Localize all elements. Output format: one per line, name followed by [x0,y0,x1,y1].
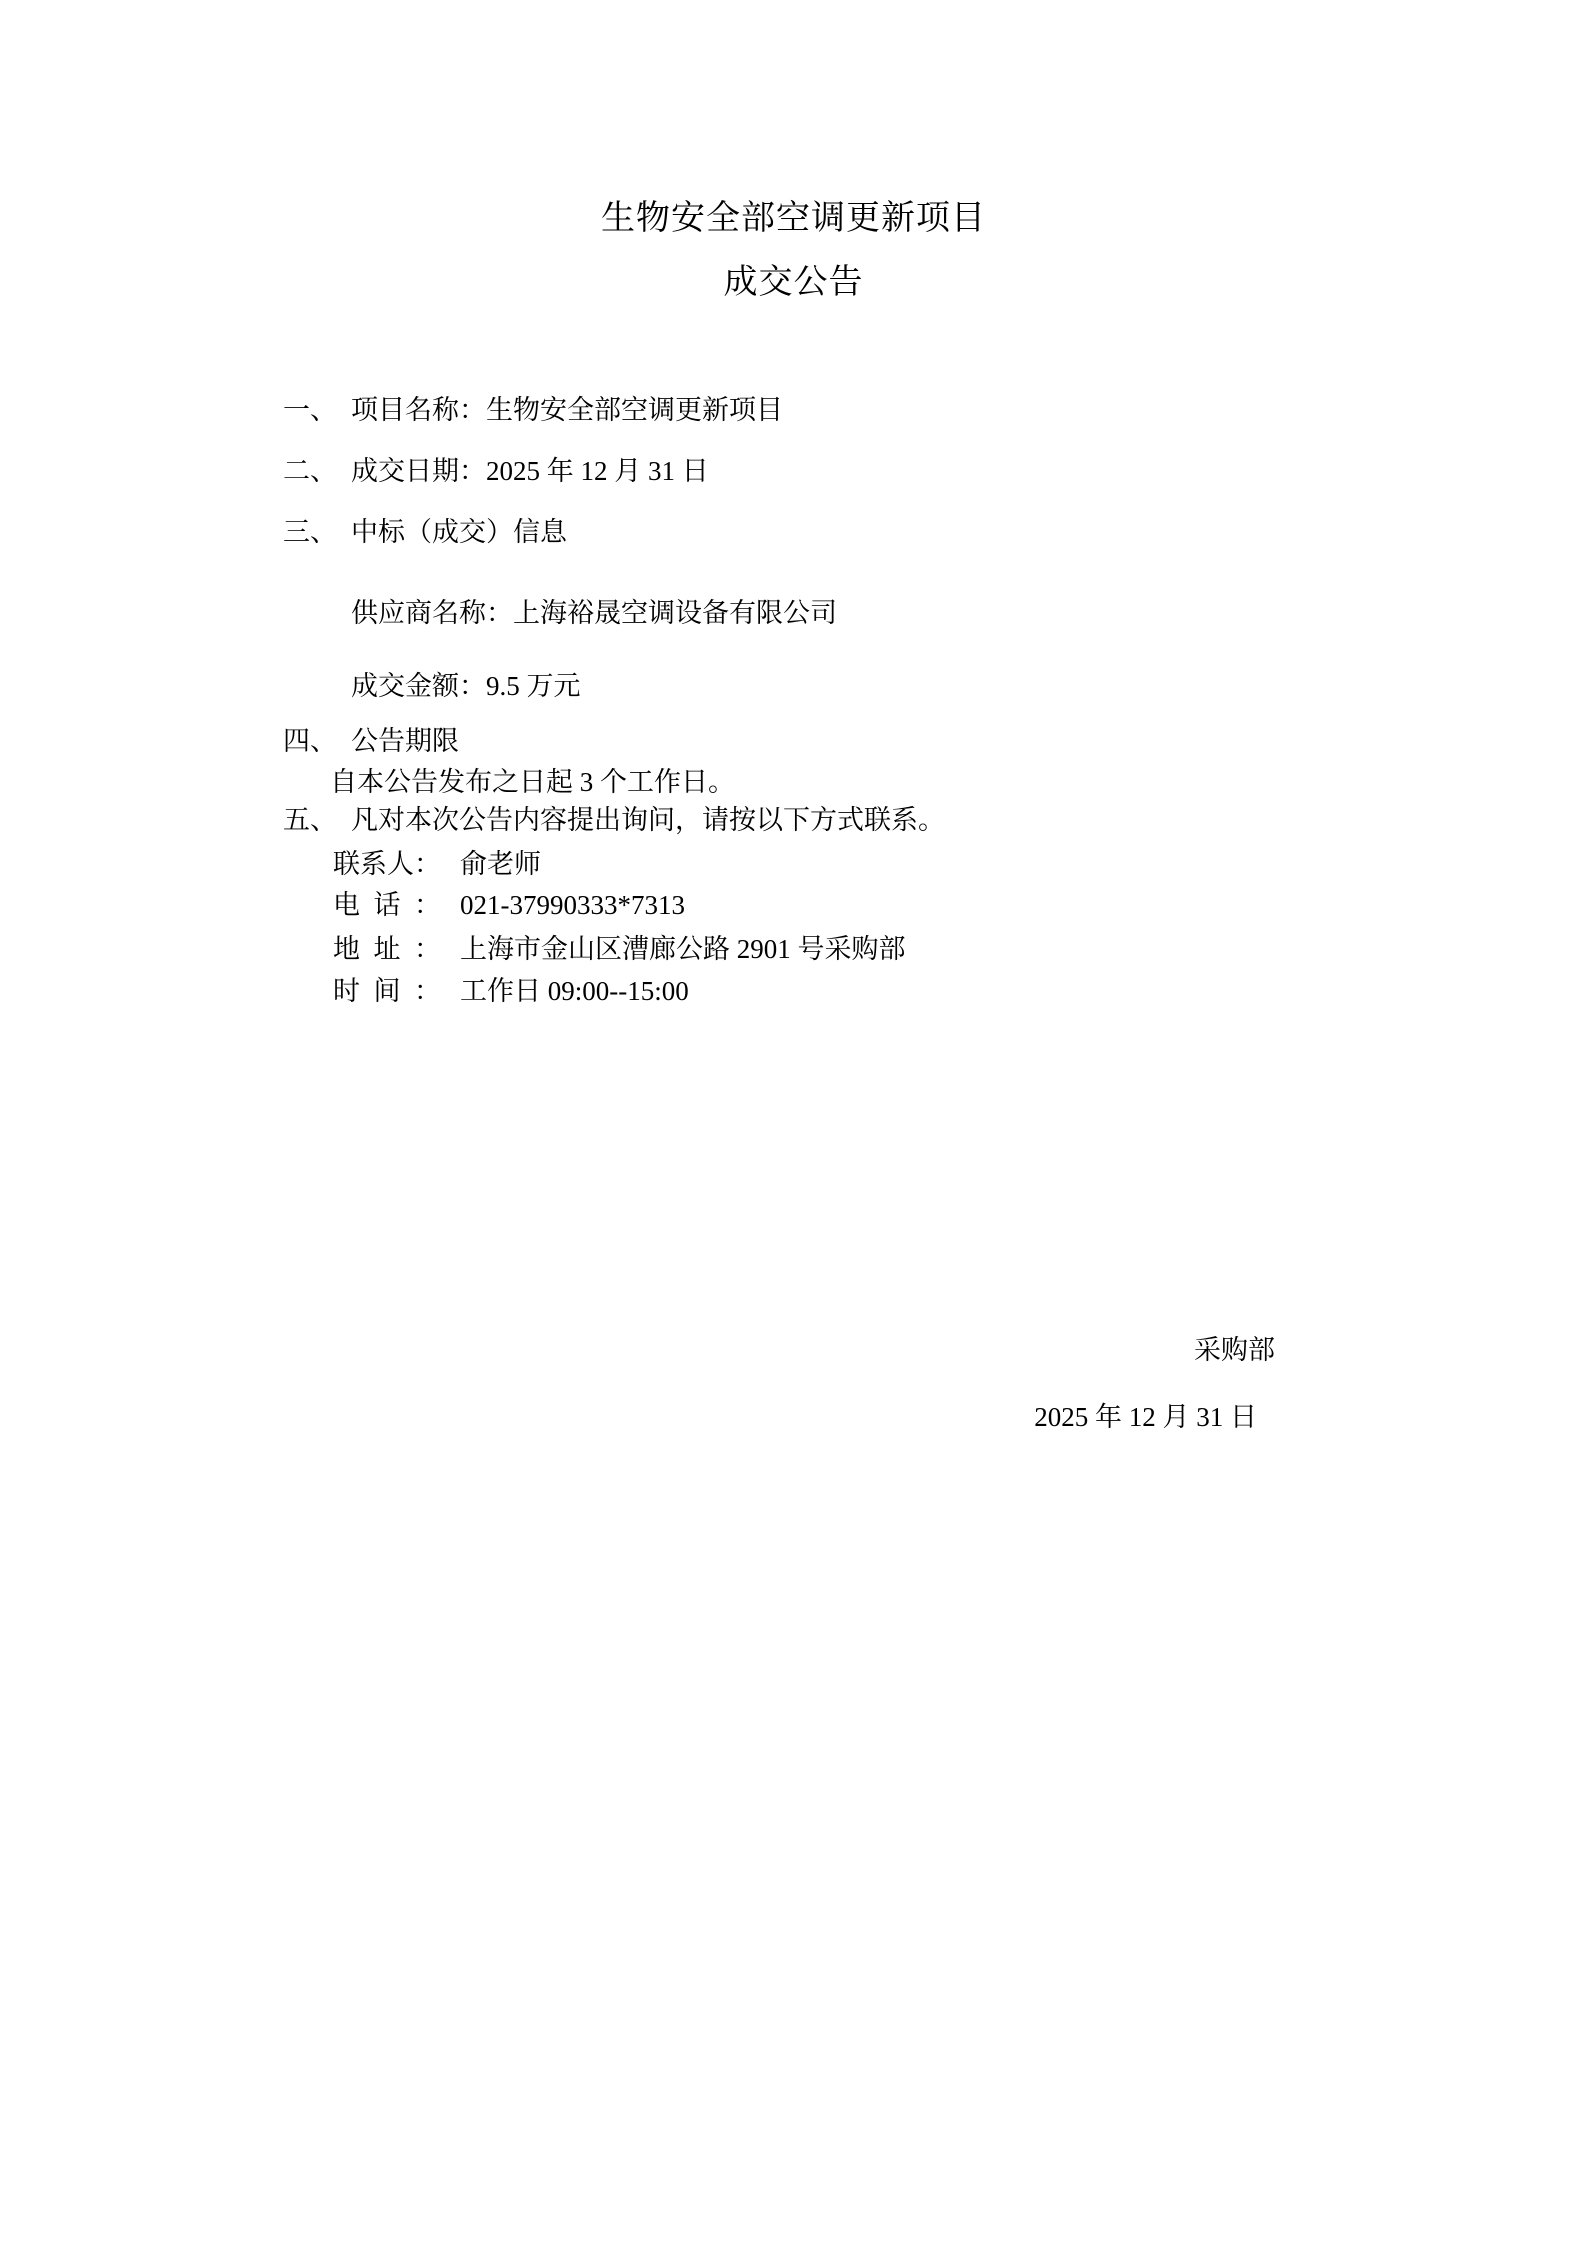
item-text: 中标（成交）信息 [351,517,567,547]
item-text: 项目名称：生物安全部空调更新项目 [351,395,783,425]
signature-date: 2025 年 12 月 31 日 [1034,1401,1257,1435]
list-item-award-date: 二、成交日期：2025 年 12 月 31 日 [283,455,709,489]
item-number: 五、 [283,804,351,838]
list-item-project-name: 一、项目名称：生物安全部空调更新项目 [283,394,783,428]
contact-value: 021-37990333*7313 [460,889,685,923]
contact-label: 时间： [333,975,441,1009]
doc-title-line1: 生物安全部空调更新项目 [0,198,1587,241]
item-text: 凡对本次公告内容提出询问，请按以下方式联系。 [351,805,945,835]
item-number: 三、 [283,516,351,550]
item-number: 四、 [283,725,351,759]
list-item-award-info: 三、中标（成交）信息 [283,516,567,550]
award-amount-line: 成交金额：9.5 万元 [351,670,581,704]
item-text: 成交日期：2025 年 12 月 31 日 [351,456,709,486]
signature-department: 采购部 [1194,1334,1275,1368]
contact-value: 俞老师 [460,848,541,882]
item-number: 一、 [283,394,351,428]
contact-value: 工作日 09:00--15:00 [460,975,689,1009]
doc-title-line2: 成交公告 [0,262,1587,305]
contact-row-address: 地址：上海市金山区漕廊公路 2901 号采购部 [333,933,906,967]
notice-period-paragraph: 自本公告发布之日起 3 个工作日。 [330,766,735,800]
contact-value: 上海市金山区漕廊公路 2901 号采购部 [460,933,906,967]
contact-label: 电话： [333,889,441,923]
list-item-notice-period: 四、公告期限 [283,725,459,759]
contact-label: 联系人： [333,848,441,882]
announcement-page: 生物安全部空调更新项目 成交公告 一、项目名称：生物安全部空调更新项目 二、成交… [0,0,1587,2245]
supplier-name-line: 供应商名称：上海裕晟空调设备有限公司 [351,597,837,631]
item-text: 公告期限 [351,726,459,756]
contact-row-time: 时间：工作日 09:00--15:00 [333,975,689,1009]
list-item-inquiry: 五、凡对本次公告内容提出询问，请按以下方式联系。 [283,804,945,838]
item-number: 二、 [283,455,351,489]
contact-row-phone: 电话：021-37990333*7313 [333,889,685,923]
contact-label: 地址： [333,933,441,967]
contact-row-person: 联系人：俞老师 [333,848,541,882]
